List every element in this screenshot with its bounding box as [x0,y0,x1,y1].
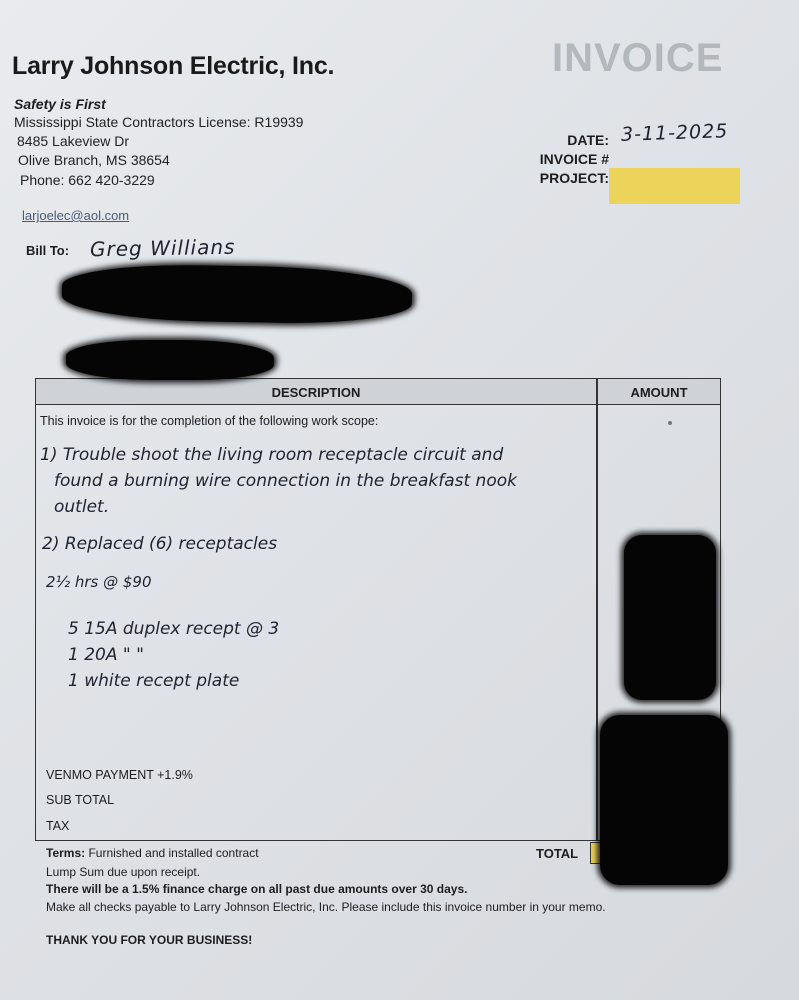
total-label: TOTAL [536,846,578,861]
handwritten-line: 1) Trouble shoot the living room recepta… [40,445,503,465]
company-city: Olive Branch, MS 38654 [18,152,170,168]
bill-to-label: Bill To: [26,243,69,258]
project-label: PROJECT: [499,170,609,186]
company-email-link[interactable]: larjoelec@aol.com [22,208,129,223]
summary-row-tax: TAX [46,819,69,833]
handwritten-line: found a burning wire connection in the b… [54,471,517,491]
contractor-license: Mississippi State Contractors License: R… [14,114,303,130]
summary-row-subtotal: SUB TOTAL [46,793,114,807]
company-name: Larry Johnson Electric, Inc. [12,52,334,81]
redaction-address-line-2 [66,340,274,380]
company-tagline: Safety is First [14,96,106,112]
project-highlight-field [609,168,740,204]
redaction-amounts-upper [624,535,716,700]
terms-text: Furnished and installed contract [88,846,258,860]
ink-dot [668,421,672,425]
lump-sum-note: Lump Sum due upon receipt. [46,865,200,879]
summary-row-venmo: VENMO PAYMENT +1.9% [46,768,193,782]
handwritten-line: 5 15A duplex recept @ 3 [68,619,279,639]
terms-label: Terms: [46,846,85,860]
finance-charge-note: There will be a 1.5% finance charge on a… [46,882,467,896]
redaction-amounts-lower [600,715,728,885]
company-phone: Phone: 662 420-3229 [20,172,155,188]
document-title: INVOICE [552,36,723,81]
table-header: DESCRIPTION AMOUNT [36,379,720,405]
invoice-number-label: INVOICE # [499,151,609,167]
checks-payable-note: Make all checks payable to Larry Johnson… [46,900,606,914]
thank-you-note: THANK YOU FOR YOUR BUSINESS! [46,933,252,947]
column-divider [596,379,598,840]
date-value: 3-11-2025 [621,120,729,146]
bill-to-name: Greg Willians [90,235,236,262]
work-scope-intro: This invoice is for the completion of th… [40,414,378,428]
date-label: DATE: [499,132,609,148]
column-header-amount: AMOUNT [598,385,720,400]
handwritten-line: 2) Replaced (6) receptacles [42,534,277,554]
handwritten-line: 1 20A " " [68,645,144,665]
company-street: 8485 Lakeview Dr [17,133,129,149]
column-header-description: DESCRIPTION [36,385,596,400]
handwritten-line: 2½ hrs @ $90 [46,573,152,591]
terms: Terms: Furnished and installed contract [46,846,259,860]
redaction-address-line-1 [62,263,413,325]
handwritten-line: 1 white recept plate [68,671,239,691]
handwritten-line: outlet. [54,497,109,517]
